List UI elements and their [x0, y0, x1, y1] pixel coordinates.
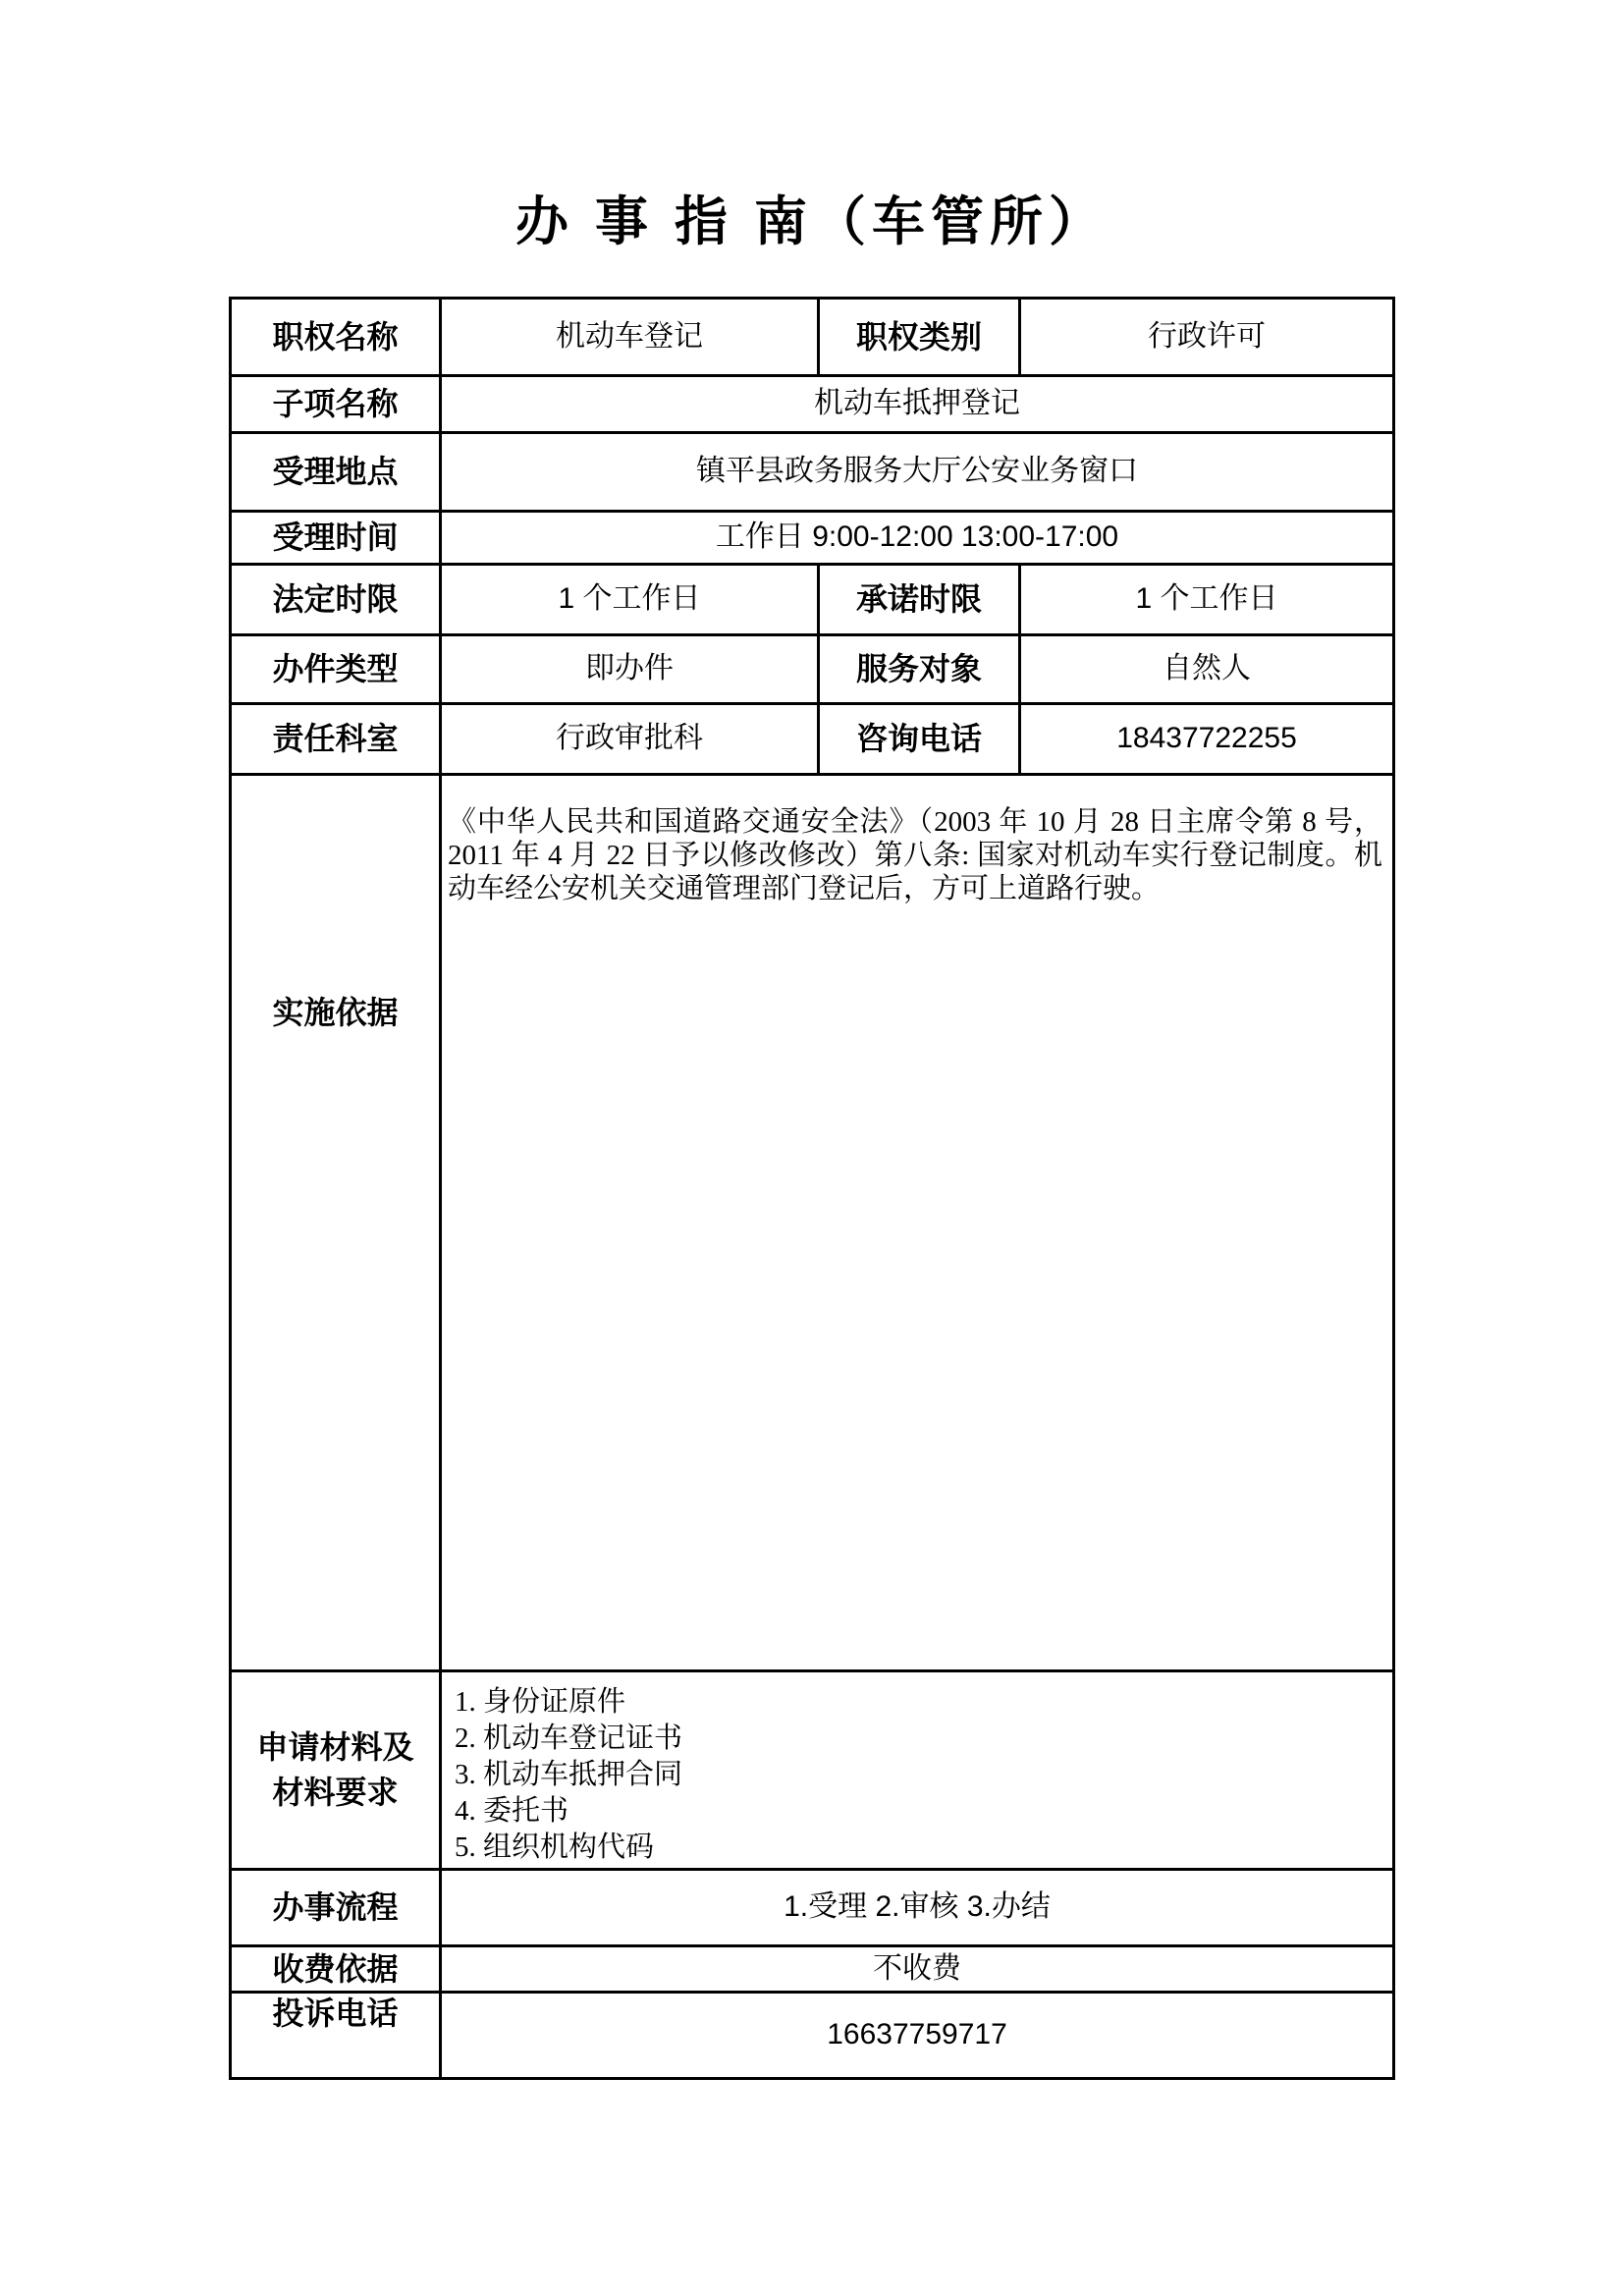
accept-location-value: 镇平县政务服务大厅公安业务窗口	[441, 433, 1394, 512]
consult-phone-value: 18437722255	[1020, 704, 1394, 775]
consult-phone-label: 咨询电话	[819, 704, 1020, 775]
legal-time-limit-value: 1 个工作日	[441, 565, 819, 635]
table-row: 受理地点 镇平县政务服务大厅公安业务窗口	[231, 433, 1394, 512]
complaint-phone-label: 投诉电话	[231, 1993, 441, 2079]
service-target-label: 服务对象	[819, 635, 1020, 704]
material-item: 2. 机动车登记证书	[455, 1721, 1392, 1757]
implementation-basis-value: 《中华人民共和国道路交通安全法》（2003 年 10 月 28 日主席令第 8 …	[441, 775, 1394, 1671]
table-row: 受理时间 工作日 9:00-12:00 13:00-17:00	[231, 512, 1394, 565]
power-name-label: 职权名称	[231, 299, 441, 376]
complaint-phone-value: 16637759717	[441, 1993, 1394, 2079]
handling-type-label: 办件类型	[231, 635, 441, 704]
responsible-dept-value: 行政审批科	[441, 704, 819, 775]
materials-label-line2: 材料要求	[232, 1771, 439, 1815]
materials-label-line1: 申请材料及	[232, 1725, 439, 1770]
table-row: 收费依据 不收费	[231, 1946, 1394, 1993]
handling-type-value: 即办件	[441, 635, 819, 704]
subitem-name-label: 子项名称	[231, 376, 441, 433]
subitem-name-value: 机动车抵押登记	[441, 376, 1394, 433]
promised-time-limit-label: 承诺时限	[819, 565, 1020, 635]
accept-time-value: 工作日 9:00-12:00 13:00-17:00	[441, 512, 1394, 565]
implementation-basis-label: 实施依据	[231, 775, 441, 1671]
material-item: 3. 机动车抵押合同	[455, 1757, 1392, 1793]
table-row: 办件类型 即办件 服务对象 自然人	[231, 635, 1394, 704]
table-row: 责任科室 行政审批科 咨询电话 18437722255	[231, 704, 1394, 775]
service-target-value: 自然人	[1020, 635, 1394, 704]
process-value: 1.受理 2.审核 3.办结	[441, 1870, 1394, 1946]
materials-list: 1. 身份证原件 2. 机动车登记证书 3. 机动车抵押合同 4. 委托书 5.…	[441, 1671, 1394, 1870]
fee-basis-value: 不收费	[441, 1946, 1394, 1993]
table-row: 办事流程 1.受理 2.审核 3.办结	[231, 1870, 1394, 1946]
table-row: 职权名称 机动车登记 职权类别 行政许可	[231, 299, 1394, 376]
power-name-value: 机动车登记	[441, 299, 819, 376]
page-title: 办 事 指 南（车管所）	[0, 0, 1623, 250]
responsible-dept-label: 责任科室	[231, 704, 441, 775]
accept-time-label: 受理时间	[231, 512, 441, 565]
material-item: 1. 身份证原件	[455, 1684, 1392, 1721]
material-item: 5. 组织机构代码	[455, 1830, 1392, 1866]
service-guide-table: 职权名称 机动车登记 职权类别 行政许可 子项名称 机动车抵押登记 受理地点 镇…	[229, 297, 1395, 2080]
materials-label: 申请材料及 材料要求	[231, 1671, 441, 1870]
fee-basis-label: 收费依据	[231, 1946, 441, 1993]
table-row: 实施依据 《中华人民共和国道路交通安全法》（2003 年 10 月 28 日主席…	[231, 775, 1394, 1671]
promised-time-limit-value: 1 个工作日	[1020, 565, 1394, 635]
material-item: 4. 委托书	[455, 1793, 1392, 1830]
table-row: 法定时限 1 个工作日 承诺时限 1 个工作日	[231, 565, 1394, 635]
legal-time-limit-label: 法定时限	[231, 565, 441, 635]
power-type-label: 职权类别	[819, 299, 1020, 376]
process-label: 办事流程	[231, 1870, 441, 1946]
power-type-value: 行政许可	[1020, 299, 1394, 376]
table-row: 投诉电话 16637759717	[231, 1993, 1394, 2079]
table-row: 申请材料及 材料要求 1. 身份证原件 2. 机动车登记证书 3. 机动车抵押合…	[231, 1671, 1394, 1870]
table-row: 子项名称 机动车抵押登记	[231, 376, 1394, 433]
accept-location-label: 受理地点	[231, 433, 441, 512]
